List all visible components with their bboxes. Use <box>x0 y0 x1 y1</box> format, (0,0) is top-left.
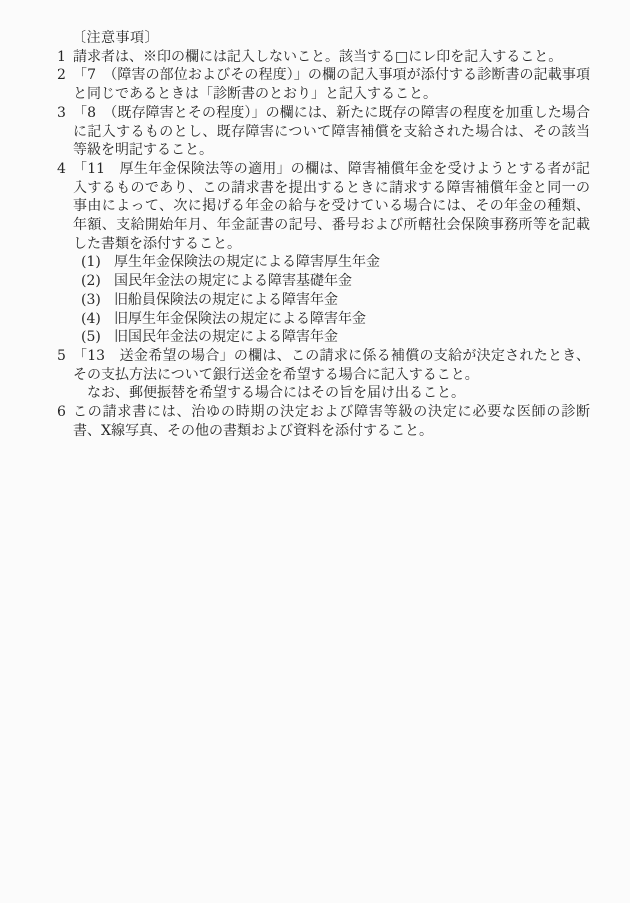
note-body: 「11 厚生年金保険法等の適用」の欄は、障害補償年金を受けようとする者が記入する… <box>73 160 590 347</box>
note-item-2: 2 「7 （障害の部位およびその程度）」の欄の記入事項が添付する診断書の記載事項… <box>57 66 590 103</box>
pension-type-item-3: (3) 旧船員保険法の規定による障害年金 <box>81 291 590 310</box>
note-text: 「8 （既存障害とその程度）」の欄には、新たに既存の障害の程度を加重した場合に記… <box>73 104 590 160</box>
note-number: 4 <box>57 160 73 179</box>
note-item-6: 6 この請求書には、治ゆの時期の決定および障害等級の決定に必要な医師の診断書、X… <box>57 403 590 440</box>
sub-item-text: 旧厚生年金保険法の規定による障害年金 <box>114 310 590 329</box>
note-item-4: 4 「11 厚生年金保険法等の適用」の欄は、障害補償年金を受けようとする者が記入… <box>57 160 590 347</box>
sub-item-number: (4) <box>81 310 114 329</box>
note-body: 「13 送金希望の場合」の欄は、この請求に係る補償の支給が決定されたとき、その支… <box>73 347 590 403</box>
note-number: 3 <box>57 104 73 123</box>
note-text: 「13 送金希望の場合」の欄は、この請求に係る補償の支給が決定されたとき、その支… <box>73 347 590 384</box>
note-item-5: 5 「13 送金希望の場合」の欄は、この請求に係る補償の支給が決定されたとき、そ… <box>57 347 590 403</box>
sub-item-text: 国民年金法の規定による障害基礎年金 <box>114 272 590 291</box>
note-text: 「11 厚生年金保険法等の適用」の欄は、障害補償年金を受けようとする者が記入する… <box>73 160 590 254</box>
note-item-3: 3 「8 （既存障害とその程度）」の欄には、新たに既存の障害の程度を加重した場合… <box>57 104 590 160</box>
note-body: 「8 （既存障害とその程度）」の欄には、新たに既存の障害の程度を加重した場合に記… <box>73 104 590 160</box>
note-number: 5 <box>57 347 73 366</box>
pension-type-item-1: (1) 厚生年金保険法の規定による障害厚生年金 <box>81 253 590 272</box>
sub-item-number: (1) <box>81 253 114 272</box>
notes-section: 〔注意事項〕 1 請求者は、※印の欄には記入しないこと。該当する□にレ印を記入す… <box>57 29 590 440</box>
note-supplement: なお、郵便振替を希望する場合にはその旨を届け出ること。 <box>73 384 590 403</box>
note-text: この請求書には、治ゆの時期の決定および障害等級の決定に必要な医師の診断書、X線写… <box>73 403 590 440</box>
note-text: 「7 （障害の部位およびその程度）」の欄の記入事項が添付する診断書の記載事項と同… <box>73 66 590 103</box>
document-page: 〔注意事項〕 1 請求者は、※印の欄には記入しないこと。該当する□にレ印を記入す… <box>0 0 630 903</box>
pension-type-item-4: (4) 旧厚生年金保険法の規定による障害年金 <box>81 310 590 329</box>
sub-item-number: (2) <box>81 272 114 291</box>
pension-type-item-2: (2) 国民年金法の規定による障害基礎年金 <box>81 272 590 291</box>
note-text: 請求者は、※印の欄には記入しないこと。該当する□にレ印を記入すること。 <box>73 48 590 67</box>
pension-type-item-5: (5) 旧国民年金法の規定による障害年金 <box>81 328 590 347</box>
sub-item-text: 厚生年金保険法の規定による障害厚生年金 <box>114 253 590 272</box>
note-body: 請求者は、※印の欄には記入しないこと。該当する□にレ印を記入すること。 <box>73 48 590 67</box>
note-item-1: 1 請求者は、※印の欄には記入しないこと。該当する□にレ印を記入すること。 <box>57 48 590 67</box>
note-number: 1 <box>57 48 73 67</box>
sub-item-number: (3) <box>81 291 114 310</box>
notes-title: 〔注意事項〕 <box>57 29 590 48</box>
note-number: 6 <box>57 403 73 422</box>
note-body: 「7 （障害の部位およびその程度）」の欄の記入事項が添付する診断書の記載事項と同… <box>73 66 590 103</box>
pension-type-list: (1) 厚生年金保険法の規定による障害厚生年金 (2) 国民年金法の規定による障… <box>81 253 590 347</box>
note-number: 2 <box>57 66 73 85</box>
sub-item-text: 旧国民年金法の規定による障害年金 <box>114 328 590 347</box>
sub-item-number: (5) <box>81 328 114 347</box>
sub-item-text: 旧船員保険法の規定による障害年金 <box>114 291 590 310</box>
note-body: この請求書には、治ゆの時期の決定および障害等級の決定に必要な医師の診断書、X線写… <box>73 403 590 440</box>
